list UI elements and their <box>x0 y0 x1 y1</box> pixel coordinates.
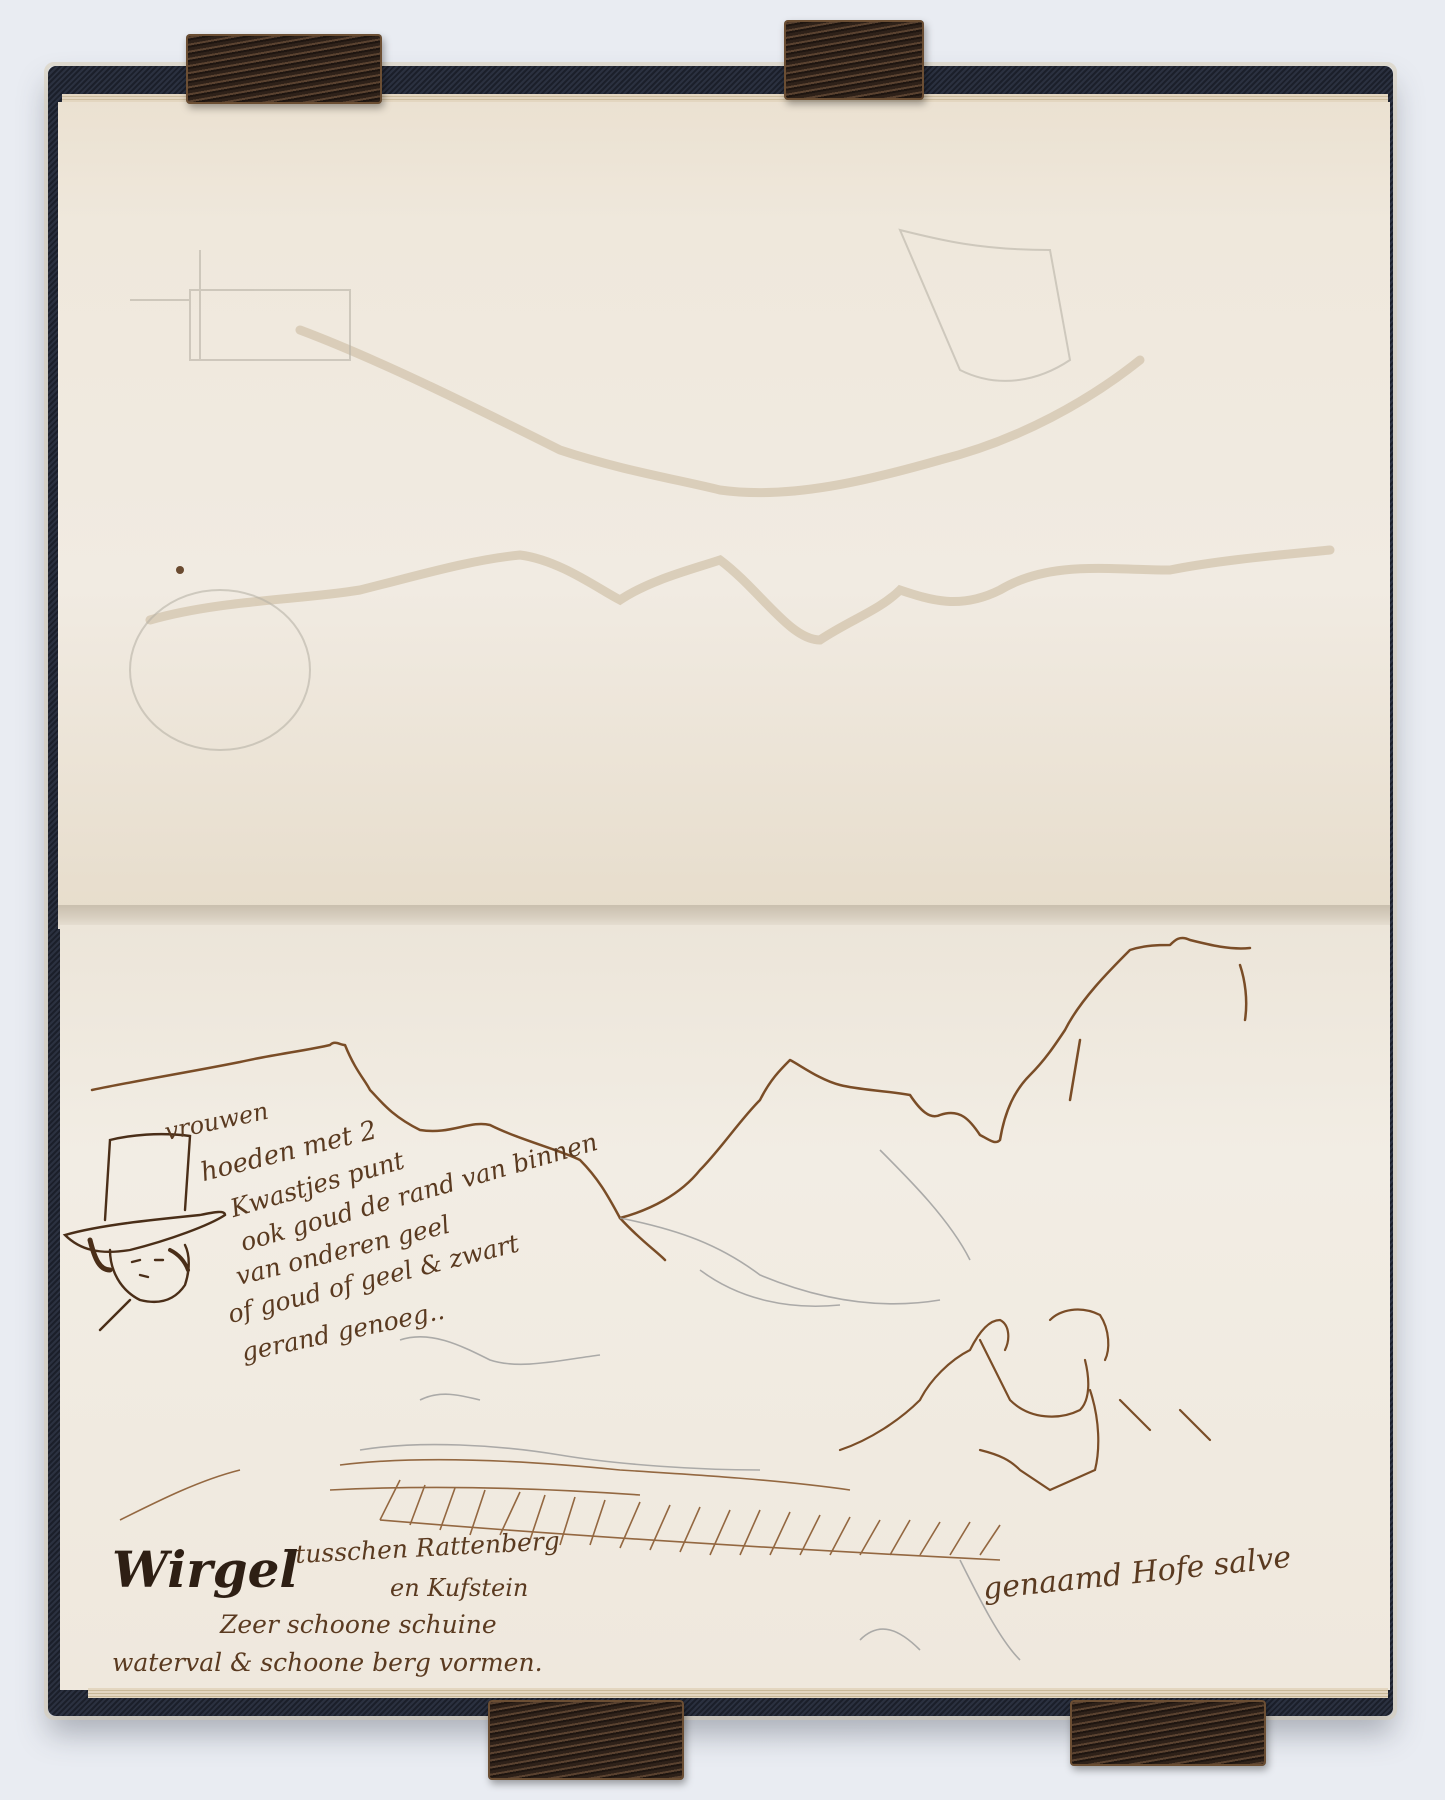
page-stack-bottom <box>88 1688 1388 1698</box>
caption-title: Wirgel <box>112 1540 298 1599</box>
leather-clasp-top-right <box>784 20 924 100</box>
top-page <box>58 102 1390 913</box>
caption-line: Zeer schoone schuine <box>220 1610 497 1639</box>
leather-clasp-top-left <box>186 34 382 104</box>
leather-clasp-bottom-right <box>1070 1700 1266 1766</box>
caption-line: en Kufstein <box>390 1574 528 1602</box>
leather-clasp-bottom-left <box>488 1700 684 1780</box>
caption-line: waterval & schoone berg vormen. <box>112 1648 543 1677</box>
